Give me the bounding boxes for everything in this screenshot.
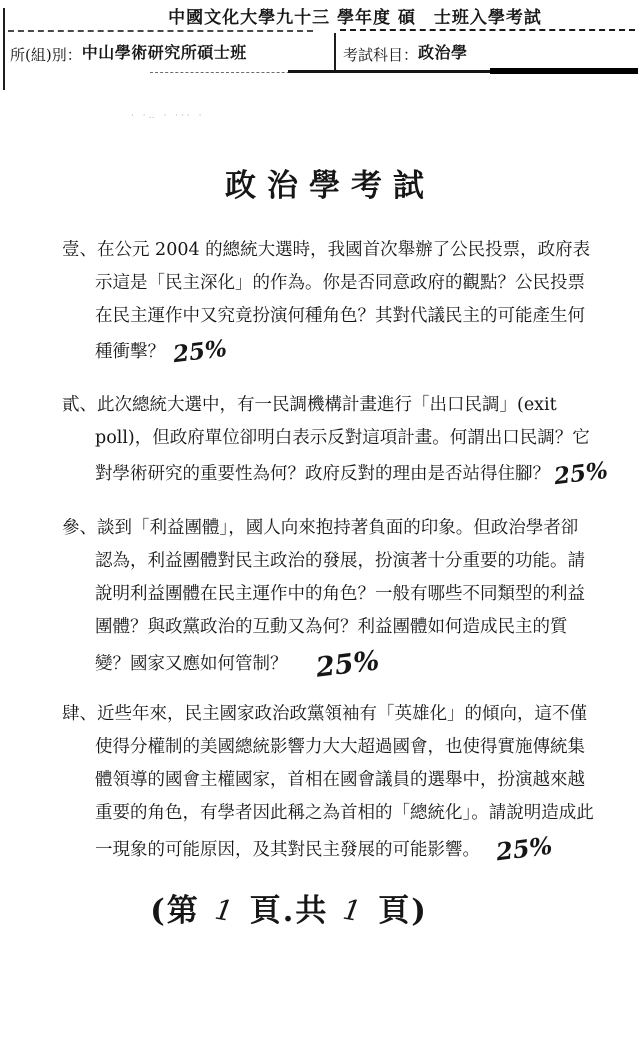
question-line: 一現象的可能原因，及其對民主發展的可能影響。25% [62, 830, 587, 863]
university-exam-title: 中國文化大學九十三 學年度 碩 士班入學考試 [140, 3, 570, 28]
question-line: 團體？與政黨政治的互動又為何？利益團體如何造成民主的質 [62, 611, 587, 644]
question-line: 認為，利益團體對民主政治的發展，扮演著十分重要的功能。請 [62, 545, 587, 578]
question-line: 說明利益團體在民主運作中的角色？一般有哪些不同類型的利益 [62, 578, 587, 611]
question-line: 體領導的國會主權國家，首相在國會議員的選舉中，扮演越來越 [62, 764, 587, 797]
question-line: 參、談到「利益團體」，國人向來抱持著負面的印象。但政治學者卻 [62, 512, 587, 545]
header-left-border [3, 8, 5, 90]
question-4: 肆、近些年來，民主國家政治政黨領袖有「英雄化」的傾向，這不僅 使得分權制的美國總… [62, 698, 587, 863]
question-line: 貳、此次總統大選中，有一民調機構計畫進行「出口民調」(exit [62, 389, 587, 422]
question-line-text: 種衝擊？ [95, 342, 165, 362]
department-field: 所(組)別：中山學術研究所碩士班 [10, 42, 247, 65]
question-line: 重要的角色，有學者因此稱之為首相的「總統化」。請說明造成此 [62, 797, 587, 830]
question-line: 對學術研究的重要性為何？政府反對的理由是否站得住腳？25% [62, 455, 587, 488]
footer-middle: 頁.共 [250, 893, 329, 929]
question-line: 種衝擊？25% [62, 333, 587, 366]
header-top-rule-right [340, 29, 635, 31]
handwritten-score: 25% [552, 454, 609, 493]
handwritten-score: 25% [314, 644, 381, 684]
handwritten-score: 25% [171, 332, 228, 371]
question-line: 壹、在公元 2004 的總統大選時，我國首次舉辦了公民投票，政府表 [62, 234, 587, 267]
question-3: 參、談到「利益團體」，國人向來抱持著負面的印象。但政治學者卻 認為，利益團體對民… [62, 512, 587, 677]
question-line: 示這是「民主深化」的作為。你是否同意政府的觀點？公民投票 [62, 267, 587, 300]
handwritten-total-pages: 1 [341, 893, 366, 929]
question-line: 肆、近些年來，民主國家政治政黨領袖有「英雄化」的傾向，這不僅 [62, 698, 587, 731]
question-line: 在民主運作中又究竟扮演何種角色？其對代議民主的可能產生何 [62, 300, 587, 333]
handwritten-score: 25% [494, 829, 554, 869]
question-line: 使得分權制的美國總統影響力大大超過國會，也使得實施傳統集 [62, 731, 587, 764]
question-1: 壹、在公元 2004 的總統大選時，我國首次舉辦了公民投票，政府表 示這是「民主… [62, 234, 587, 366]
question-line: poll)，但政府單位卻明白表示反對這項計畫。何謂出口民調？它 [62, 422, 587, 455]
department-label: 所(組)別： [10, 46, 82, 64]
header-top-rule-left [8, 30, 313, 32]
exam-paper-page: 中國文化大學九十三 學年度 碩 士班入學考試 所(組)別：中山學術研究所碩士班 … [0, 0, 638, 1047]
subject-value: 政治學 [418, 43, 468, 62]
header-bottom-rule-thick [490, 68, 638, 74]
question-line-text: 變？國家又應如何管制？ [95, 654, 288, 674]
department-value: 中山學術研究所碩士班 [82, 43, 247, 62]
question-2: 貳、此次總統大選中，有一民調機構計畫進行「出口民調」(exit poll)，但政… [62, 389, 587, 488]
faint-pencil-marks: · ·‥ · ··· · [131, 111, 221, 121]
handwritten-page-number: 1 [212, 893, 237, 929]
header-bottom-rule-dashed [150, 72, 310, 73]
subject-field: 考試科目：政治學 [343, 42, 468, 65]
question-line-text: 一現象的可能原因，及其對民主發展的可能影響。 [95, 840, 480, 860]
footer-prefix: (第 [150, 893, 200, 929]
subject-label: 考試科目： [343, 46, 418, 64]
question-line: 變？國家又應如何管制？25% [62, 644, 587, 677]
page-footer: (第1頁.共1頁) [0, 885, 608, 930]
question-line-text: 對學術研究的重要性為何？政府反對的理由是否站得住腳？ [95, 464, 550, 484]
footer-suffix: 頁) [378, 893, 428, 929]
header-cell-divider [334, 33, 336, 73]
exam-title: 政治學考試 [0, 160, 638, 205]
